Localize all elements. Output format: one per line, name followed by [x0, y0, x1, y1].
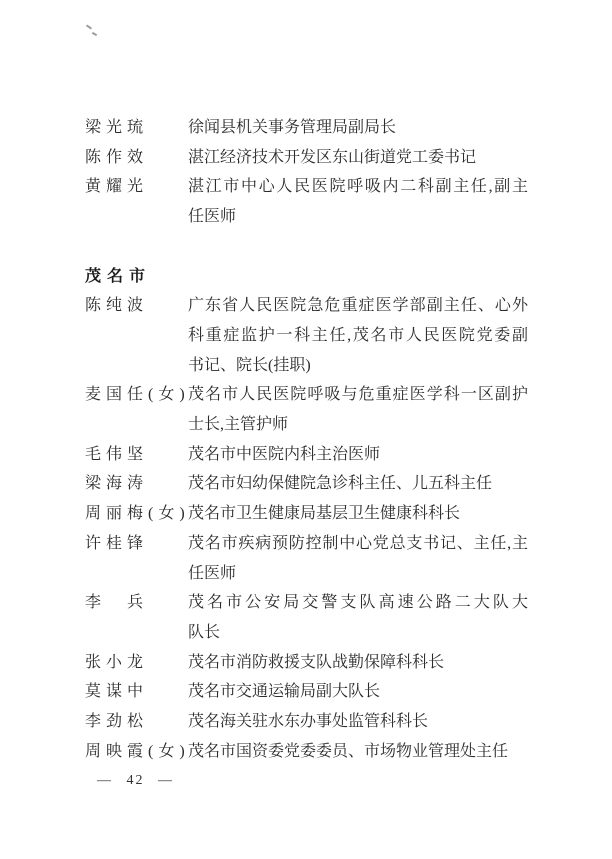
person-name: 梁海涛 — [85, 469, 188, 499]
person-name: 张小龙 — [85, 648, 188, 678]
person-name: 麦国任(女) — [85, 380, 188, 410]
list-item: 张小龙茂名市消防救援支队战勤保障科科长 — [85, 648, 529, 678]
person-title: 茂名市消防救援支队战勤保障科科长 — [188, 648, 528, 678]
list-item: 莫谋中茂名市交通运输局副大队长 — [85, 677, 529, 707]
person-name: 毛伟坚 — [85, 440, 188, 470]
person-name: 李劲松 — [85, 707, 188, 737]
person-title-line: 徐闻县机关事务管理局副局长 — [188, 113, 528, 143]
person-title-line: 茂名市人民医院呼吸与危重症医学科一区副护 — [188, 380, 528, 410]
list-item: 陈纯波广东省人民医院急危重症医学部副主任、心外科重症监护一科主任,茂名市人民医院… — [85, 291, 529, 380]
page-number: — 42 — — [97, 766, 174, 796]
person-title: 茂名市公安局交警支队高速公路二大队大队长 — [188, 588, 528, 647]
person-name: 周丽梅(女) — [85, 499, 188, 529]
person-title: 湛江经济技术开发区东山街道党工委书记 — [188, 143, 528, 173]
person-name: 李 兵 — [85, 588, 188, 618]
person-name: 黄耀光 — [85, 172, 188, 202]
list-item: 麦国任(女)茂名市人民医院呼吸与危重症医学科一区副护士长,主管护师 — [85, 380, 529, 439]
person-title-line: 茂名海关驻水东办事处监管科科长 — [188, 707, 528, 737]
person-title-line: 茂名市交通运输局副大队长 — [188, 677, 528, 707]
person-title-line: 茂名市消防救援支队战勤保障科科长 — [188, 648, 528, 678]
person-title: 茂名市交通运输局副大队长 — [188, 677, 528, 707]
person-title-line: 队长 — [188, 618, 528, 648]
person-title-line: 茂名市疾病预防控制中心党总支书记、主任,主 — [188, 529, 528, 559]
list-item: 陈作效湛江经济技术开发区东山街道党工委书记 — [85, 143, 529, 173]
person-title-line: 士长,主管护师 — [188, 410, 528, 440]
person-title: 茂名市国资委党委委员、市场物业管理处主任 — [188, 737, 528, 767]
list-item: 黄耀光湛江市中心人民医院呼吸内二科副主任,副主任医师 — [85, 172, 529, 231]
group-spacer — [85, 232, 529, 262]
person-title-line: 任医师 — [188, 202, 528, 232]
name-title-list: 梁光琉徐闻县机关事务管理局副局长陈作效湛江经济技术开发区东山街道党工委书记黄耀光… — [85, 113, 529, 766]
list-item: 李 兵茂名市公安局交警支队高速公路二大队大队长 — [85, 588, 529, 647]
list-item: 毛伟坚茂名市中医院内科主治医师 — [85, 440, 529, 470]
list-item: 梁光琉徐闻县机关事务管理局副局长 — [85, 113, 529, 143]
scan-artifact — [92, 32, 97, 36]
person-name: 周映霞(女) — [85, 737, 188, 767]
person-name: 陈纯波 — [85, 291, 188, 321]
person-title: 广东省人民医院急危重症医学部副主任、心外科重症监护一科主任,茂名市人民医院党委副… — [188, 291, 528, 380]
person-title: 茂名市卫生健康局基层卫生健康科科长 — [188, 499, 528, 529]
scan-artifact — [86, 24, 92, 29]
person-title-line: 茂名市中医院内科主治医师 — [188, 440, 528, 470]
person-title: 湛江市中心人民医院呼吸内二科副主任,副主任医师 — [188, 172, 528, 231]
list-item: 周映霞(女)茂名市国资委党委委员、市场物业管理处主任 — [85, 737, 529, 767]
person-title-line: 书记、院长(挂职) — [188, 351, 528, 381]
person-title: 茂名市人民医院呼吸与危重症医学科一区副护士长,主管护师 — [188, 380, 528, 439]
person-name: 莫谋中 — [85, 677, 188, 707]
list-item: 许桂锋茂名市疾病预防控制中心党总支书记、主任,主任医师 — [85, 529, 529, 588]
person-title-line: 茂名市妇幼保健院急诊科主任、儿五科主任 — [188, 469, 528, 499]
person-name: 许桂锋 — [85, 529, 188, 559]
person-title-line: 湛江经济技术开发区东山街道党工委书记 — [188, 143, 528, 173]
person-title: 茂名海关驻水东办事处监管科科长 — [188, 707, 528, 737]
person-name: 梁光琉 — [85, 113, 188, 143]
person-title-line: 湛江市中心人民医院呼吸内二科副主任,副主 — [188, 172, 528, 202]
person-title: 徐闻县机关事务管理局副局长 — [188, 113, 528, 143]
person-title-line: 广东省人民医院急危重症医学部副主任、心外 — [188, 291, 528, 321]
list-item: 李劲松茂名海关驻水东办事处监管科科长 — [85, 707, 529, 737]
person-title: 茂名市中医院内科主治医师 — [188, 440, 528, 470]
person-title-line: 茂名市公安局交警支队高速公路二大队大 — [188, 588, 528, 618]
person-title-line: 任医师 — [188, 559, 528, 589]
document-page: 梁光琉徐闻县机关事务管理局副局长陈作效湛江经济技术开发区东山街道党工委书记黄耀光… — [0, 0, 612, 859]
person-title: 茂名市妇幼保健院急诊科主任、儿五科主任 — [188, 469, 528, 499]
person-title-line: 科重症监护一科主任,茂名市人民医院党委副 — [188, 321, 528, 351]
person-title-line: 茂名市卫生健康局基层卫生健康科科长 — [188, 499, 528, 529]
person-title-line: 茂名市国资委党委委员、市场物业管理处主任 — [188, 737, 528, 767]
person-title: 茂名市疾病预防控制中心党总支书记、主任,主任医师 — [188, 529, 528, 588]
section-header: 茂名市 — [85, 262, 529, 292]
person-name: 陈作效 — [85, 143, 188, 173]
list-item: 梁海涛茂名市妇幼保健院急诊科主任、儿五科主任 — [85, 469, 529, 499]
list-item: 周丽梅(女)茂名市卫生健康局基层卫生健康科科长 — [85, 499, 529, 529]
